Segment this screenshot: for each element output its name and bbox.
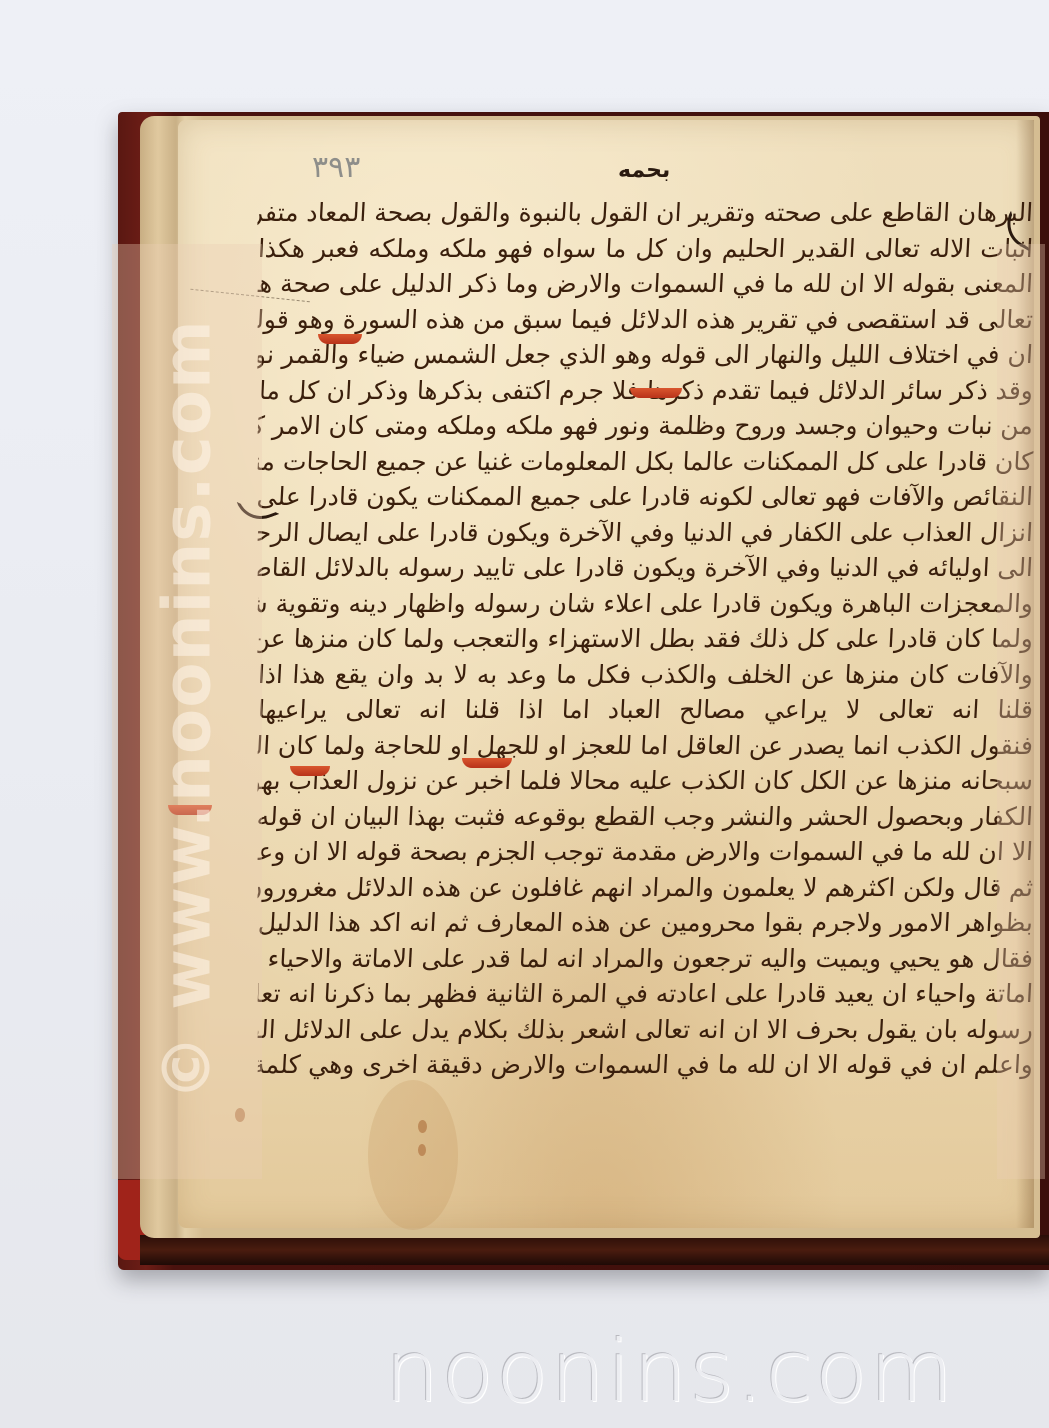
text-line: بظواهر الامور ولاجرم بقوا محرومين عن هذه… (257, 905, 1034, 941)
text-line: الكفار وبحصول الحشر والنشر وجب القطع بوق… (257, 799, 1034, 835)
text-line: فنقول الكذب انما يصدر عن العاقل اما للعج… (257, 728, 1034, 764)
text-line: والمعجزات الباهرة ويكون قادرا على اعلاء … (257, 586, 1034, 622)
manuscript-text: البرهان القاطع على صحته وتقرير ان القول … (258, 195, 1033, 1175)
text-line: اماتة واحياء ان يعيد قادرا على اعادته في… (257, 976, 1034, 1012)
catchword: بحمه (618, 158, 670, 183)
text-line: فقال هو يحيي ويميت واليه ترجعون والمراد … (257, 941, 1034, 977)
rubric-mark (290, 766, 330, 776)
rubric-mark (630, 388, 682, 398)
text-line: ولما كان قادرا على كل ذلك فقد بطل الاسته… (257, 621, 1034, 657)
watermark-bottom: noonins.com (340, 1322, 1000, 1422)
manuscript-photo: ٣٩٣ بحمه البرهان القاطع على صحته وتقرير … (0, 0, 1049, 1428)
text-line: كان قادرا على كل الممكنات عالما بكل المع… (257, 444, 1034, 480)
watermark-side: © www.noonins.com (149, 319, 226, 1101)
folio-number: ٣٩٣ (312, 150, 360, 185)
watermark-panel-right (997, 244, 1045, 1179)
text-line: الى اوليائه في الدنيا وفي الآخرة ويكون ق… (257, 550, 1034, 586)
text-line: والآفات كان منزها عن الخلف والكذب فكل ما… (257, 657, 1034, 693)
text-line: اثبات الاله تعالى القدير الحليم وان كل م… (257, 231, 1034, 267)
text-line: المعنى بقوله الا ان لله ما في السموات وا… (257, 266, 1034, 302)
text-line: رسوله بان يقول بحرف الا ان انه تعالى اشع… (257, 1012, 1034, 1048)
cover-bottom-edge (140, 1235, 1049, 1265)
text-line: واعلم ان في قوله الا ان لله ما في السموا… (257, 1047, 1034, 1083)
text-line: سبحانه منزها عن الكل كان الكذب عليه محال… (257, 763, 1034, 799)
text-line: النقائص والآفات فهو تعالى لكونه قادرا عل… (257, 479, 1034, 515)
text-line: من نبات وحيوان وجسد وروح وظلمة ونور فهو … (257, 408, 1034, 444)
text-line: الا ان لله ما في السموات والارض مقدمة تو… (257, 834, 1034, 870)
text-line: تعالى قد استقصى في تقرير هذه الدلائل فيم… (257, 302, 1034, 338)
text-line: ان في اختلاف الليل والنهار الى قوله وهو … (257, 337, 1034, 373)
text-line: البرهان القاطع على صحته وتقرير ان القول … (257, 195, 1034, 231)
rubric-mark (462, 758, 512, 768)
text-line: انزال العذاب على الكفار في الدنيا وفي ال… (257, 515, 1034, 551)
text-line: قلنا انه تعالى لا يراعي مصالح العباد اما… (257, 692, 1034, 728)
rubric-mark (318, 334, 362, 344)
text-line: ثم قال ولكن اكثرهم لا يعلمون والمراد انه… (257, 870, 1034, 906)
